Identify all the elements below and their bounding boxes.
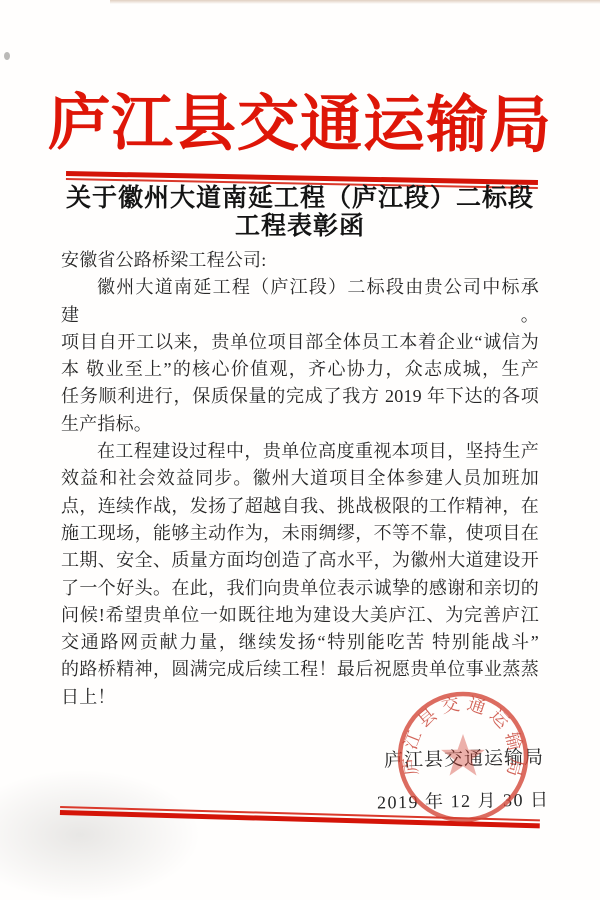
scan-smudge-artifact bbox=[0, 770, 200, 900]
body-line: 本 敬业至上”的核心价值观，齐心协力，众志成城，生产 bbox=[61, 356, 539, 383]
body-line: 生产指标。 bbox=[61, 411, 539, 438]
scan-dot-artifact bbox=[4, 52, 10, 60]
body-line: 交通路网贡献力量，继续发扬“特别能吃苦 特别能战斗” bbox=[61, 629, 539, 656]
body-line: 问候!希望贵单位一如既往地为建设大美庐江、为完善庐江 bbox=[61, 602, 539, 629]
body-line: 项目自开工以来，贵单位项目部全体员工本着企业“诚信为 bbox=[61, 329, 539, 356]
body-line: 任务顺利进行，保质保量的完成了我方 2019 年下达的各项 bbox=[61, 383, 539, 410]
body-line: 的路桥精神，圆满完成后续工程！最后祝愿贵单位事业蒸蒸 bbox=[61, 656, 539, 683]
letter-title-line1: 关于徽州大道南延工程（庐江段）二标段 bbox=[0, 185, 600, 213]
body-line: 了一个好头。在此，我们向贵单位表示诚挚的感谢和亲切的 bbox=[61, 575, 539, 602]
letter-title: 关于徽州大道南延工程（庐江段）二标段 工程表彰函 bbox=[0, 185, 600, 241]
body-line: 徽州大道南延工程（庐江段）二标段由贵公司中标承建。 bbox=[61, 274, 539, 329]
letterhead-org-name: 庐江县交通运输局 bbox=[0, 72, 600, 164]
body-line: 施工现场，能够主动作为，未雨绸缪，不等不靠，使项目在 bbox=[61, 520, 539, 547]
body-line: 在工程建设过程中，贵单位高度重视本项目，坚持生产 bbox=[61, 438, 539, 465]
body-line: 点，连续作战，发扬了超越自我、挑战极限的工作精神，在 bbox=[61, 493, 539, 520]
salutation: 安徽省公路桥梁工程公司: bbox=[61, 247, 539, 274]
scanned-letter-page: 庐江县交通运输局 关于徽州大道南延工程（庐江段）二标段 工程表彰函 安徽省公路桥… bbox=[0, 0, 600, 900]
letter-body: 安徽省公路桥梁工程公司: 徽州大道南延工程（庐江段）二标段由贵公司中标承建。 项… bbox=[61, 247, 539, 711]
letter-title-line2: 工程表彰函 bbox=[0, 213, 600, 241]
body-line: 效益和社会效益同步。徽州大道项目全体参建人员加班加 bbox=[61, 465, 539, 492]
scan-edge-artifact bbox=[110, 0, 600, 4]
body-line: 工期、安全、质量方面均创造了高水平，为徽州大道建设开 bbox=[61, 547, 539, 574]
seal-star-icon bbox=[441, 734, 485, 776]
official-seal: 庐江县交通运输局 bbox=[393, 686, 533, 828]
